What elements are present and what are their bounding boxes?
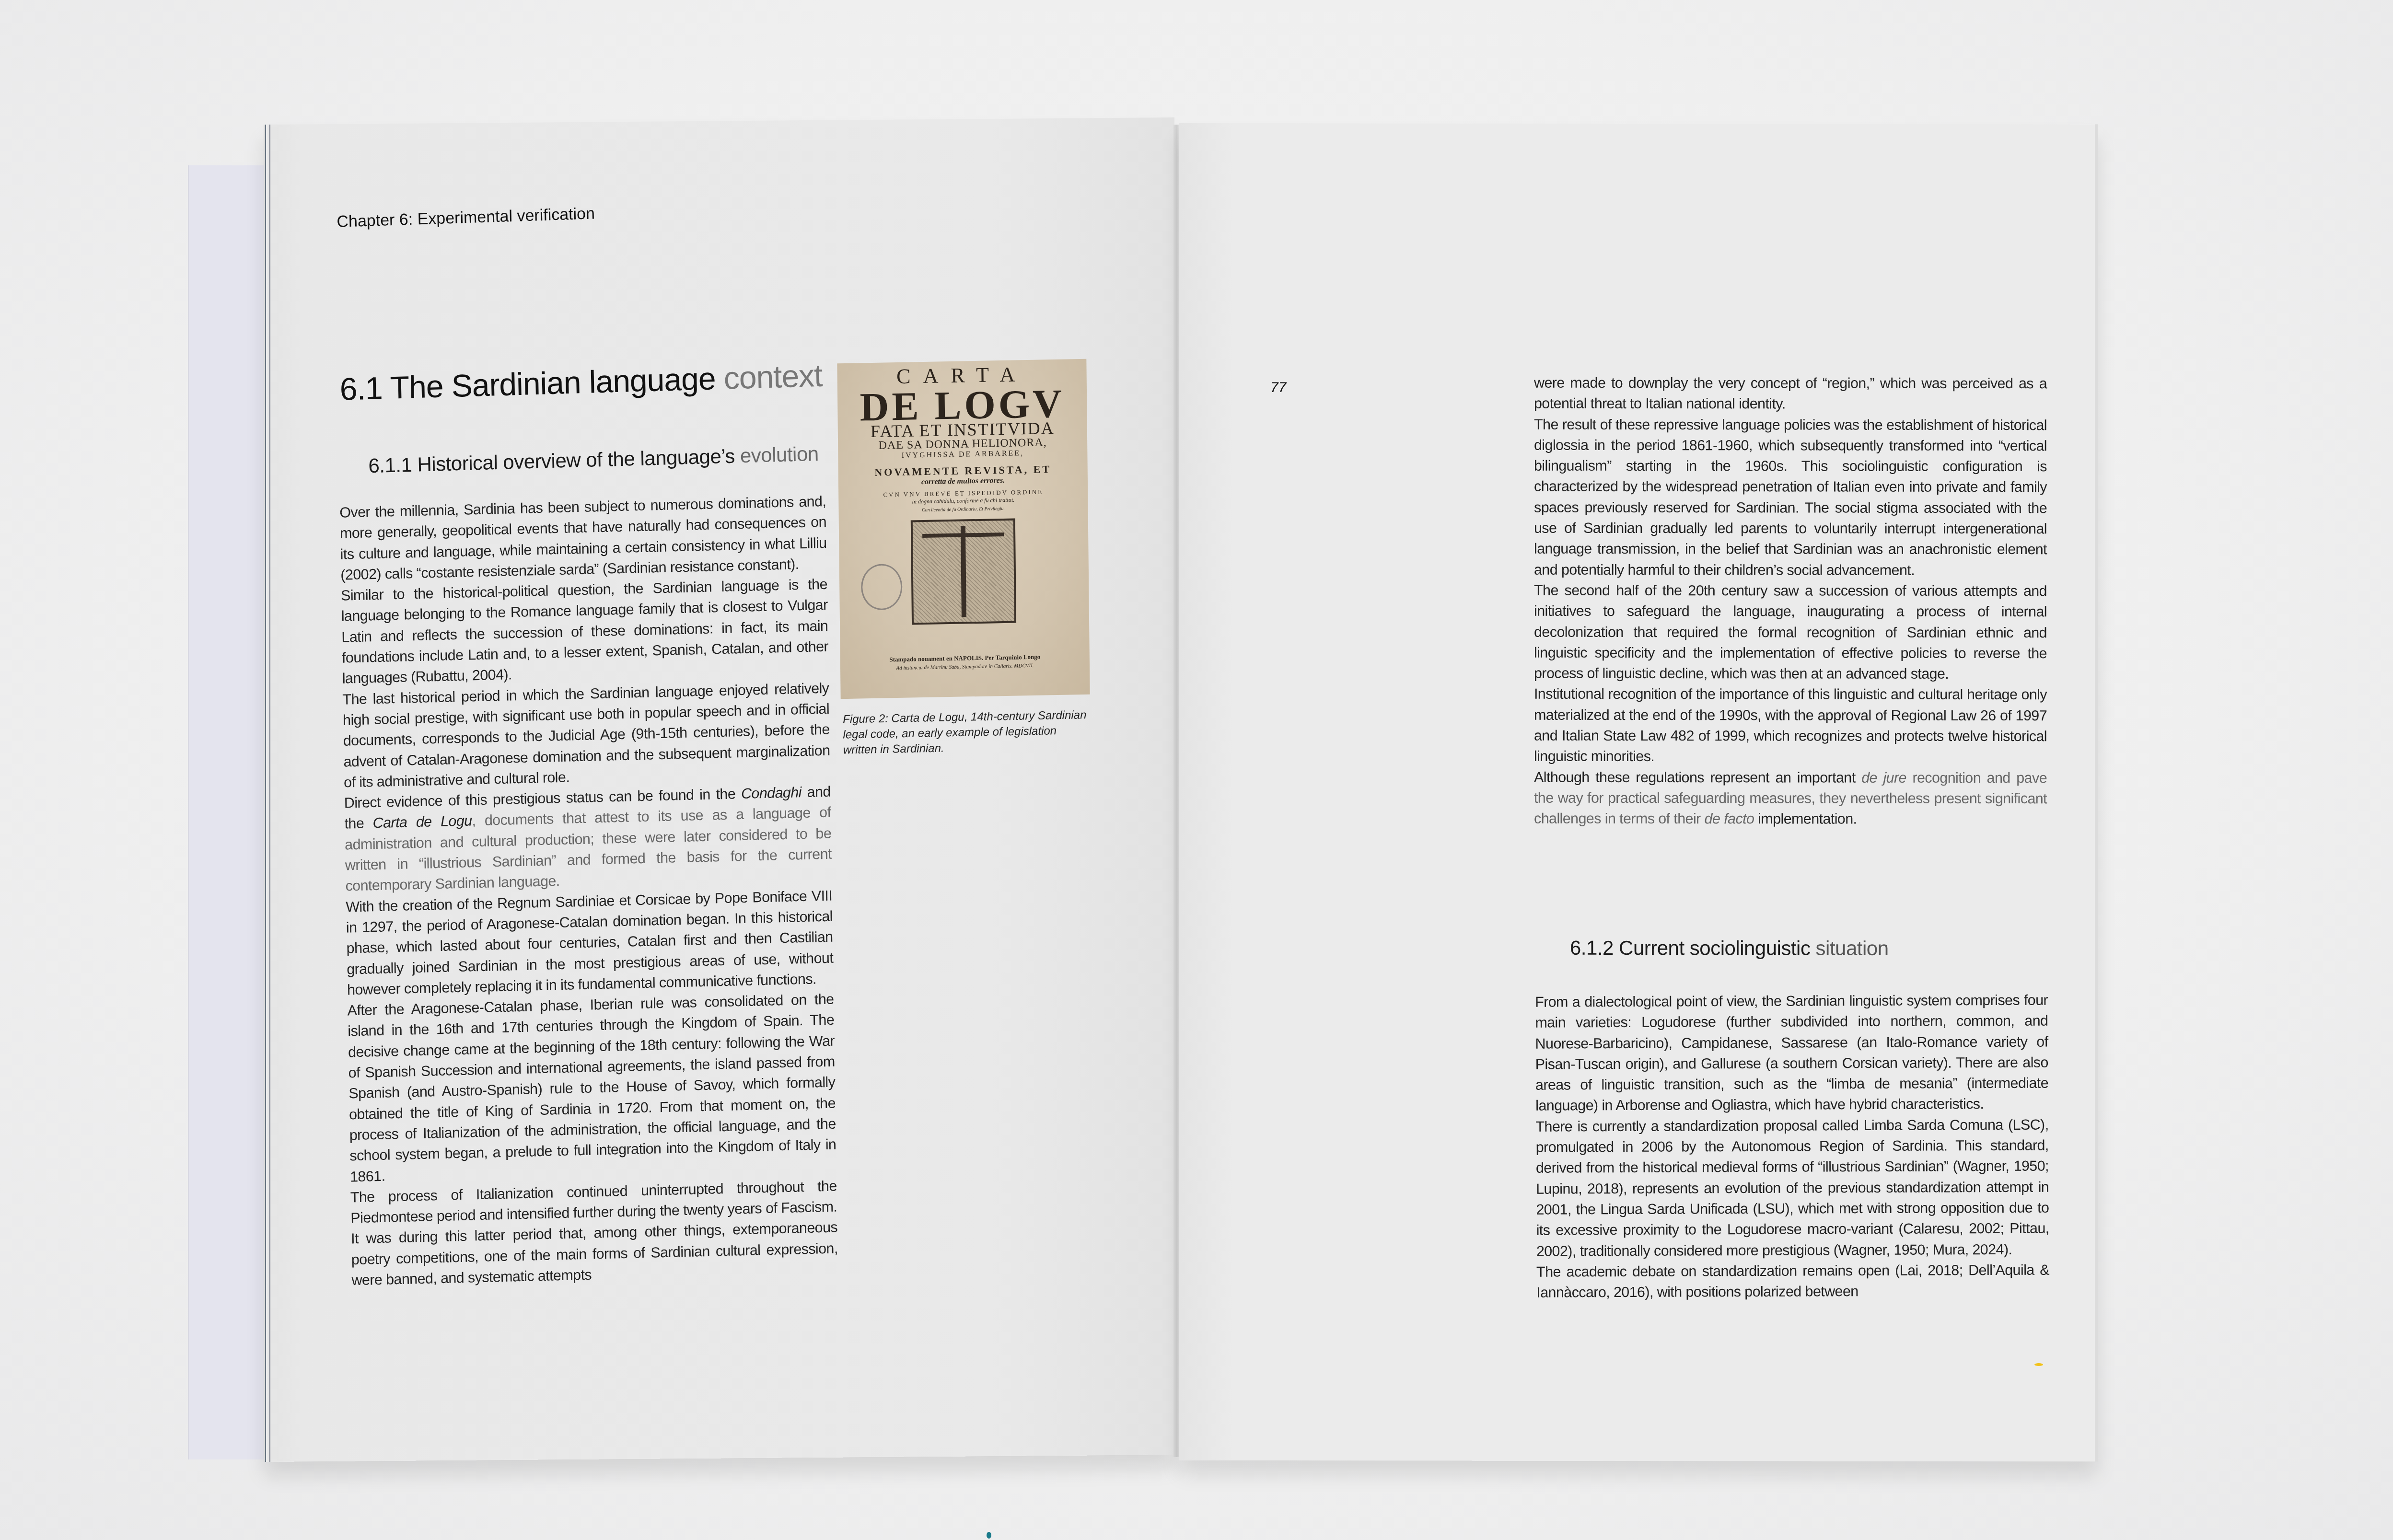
paragraph: After the Aragonese-Catalan phase, Iberi… — [347, 989, 836, 1187]
subsection-title-2: 6.1.2 Current sociolinguistic situation — [1570, 937, 1889, 960]
subsection-title-main: 6.1.1 Historical overview of the languag… — [368, 444, 740, 477]
section-title-fade: context — [723, 358, 823, 396]
paragraph: With the creation of the Regnum Sardinia… — [346, 885, 834, 1000]
paragraph: The second half of the 20th century saw … — [1534, 580, 2047, 685]
subsection-title-fade: situation — [1816, 937, 1889, 960]
paragraph: From a dialectological point of view, th… — [1535, 990, 2048, 1117]
right-body-text-2: From a dialectological point of view, th… — [1535, 990, 2049, 1304]
subsection-title: 6.1.1 Historical overview of the languag… — [368, 442, 819, 477]
section-title: 6.1 The Sardinian language context — [339, 357, 823, 407]
subsection-title-main: 6.1.2 Current sociolinguistic — [1570, 937, 1816, 960]
italic-term: Condaghi — [741, 784, 802, 802]
text-run: Although these regulations represent an … — [1534, 769, 1861, 786]
paragraph: Similar to the historical-political ques… — [341, 574, 829, 689]
page-number: 77 — [1270, 380, 1286, 396]
paragraph: Although these regulations represent an … — [1534, 767, 2047, 830]
paragraph: The academic debate on standardization r… — [1536, 1260, 2049, 1303]
running-head: Chapter 6: Experimental verification — [337, 204, 595, 231]
figure-image: CARTA DE LOGV FATA ET INSTITVIDA DAE SA … — [837, 359, 1090, 699]
paragraph: The last historical period in which the … — [342, 678, 830, 793]
paragraph: Over the millennia, Sardinia has been su… — [339, 491, 827, 586]
right-page: 77 were made to downplay the very concep… — [1179, 123, 2098, 1462]
subsection-title-fade: evolution — [740, 442, 819, 467]
cross-icon — [961, 526, 966, 617]
teal-ink-speck — [987, 1532, 991, 1539]
paragraph: were made to downplay the very concept o… — [1534, 373, 2047, 415]
left-body-text: Over the millennia, Sardinia has been su… — [339, 491, 838, 1291]
paragraph: The process of Italianization continued … — [350, 1176, 838, 1291]
right-body-text: were made to downplay the very concept o… — [1534, 373, 2047, 830]
paragraph: Direct evidence of this prestigious stat… — [344, 782, 832, 897]
left-page: Chapter 6: Experimental verification 6.1… — [264, 117, 1174, 1462]
figure-carta-de-logu: CARTA DE LOGV FATA ET INSTITVIDA DAE SA … — [837, 359, 1090, 699]
yellow-speck — [2034, 1363, 2043, 1366]
text-run: implementation. — [1754, 811, 1857, 827]
section-title-main: 6.1 The Sardinian language — [339, 360, 724, 407]
crucifixion-woodcut-icon — [911, 519, 1016, 625]
italic-term: de facto — [1705, 811, 1754, 827]
paragraph: There is currently a standardization pro… — [1535, 1114, 2049, 1262]
cross-bar — [922, 533, 1004, 538]
paragraph: Institutional recognition of the importa… — [1534, 684, 2047, 768]
paragraph: The result of these repressive language … — [1534, 414, 2047, 581]
italic-term: de jure — [1861, 769, 1906, 786]
figure-caption: Figure 2: Carta de Logu, 14th-century Sa… — [843, 707, 1092, 758]
italic-term: Carta de Logu — [372, 813, 472, 832]
library-stamp-icon — [861, 564, 903, 611]
